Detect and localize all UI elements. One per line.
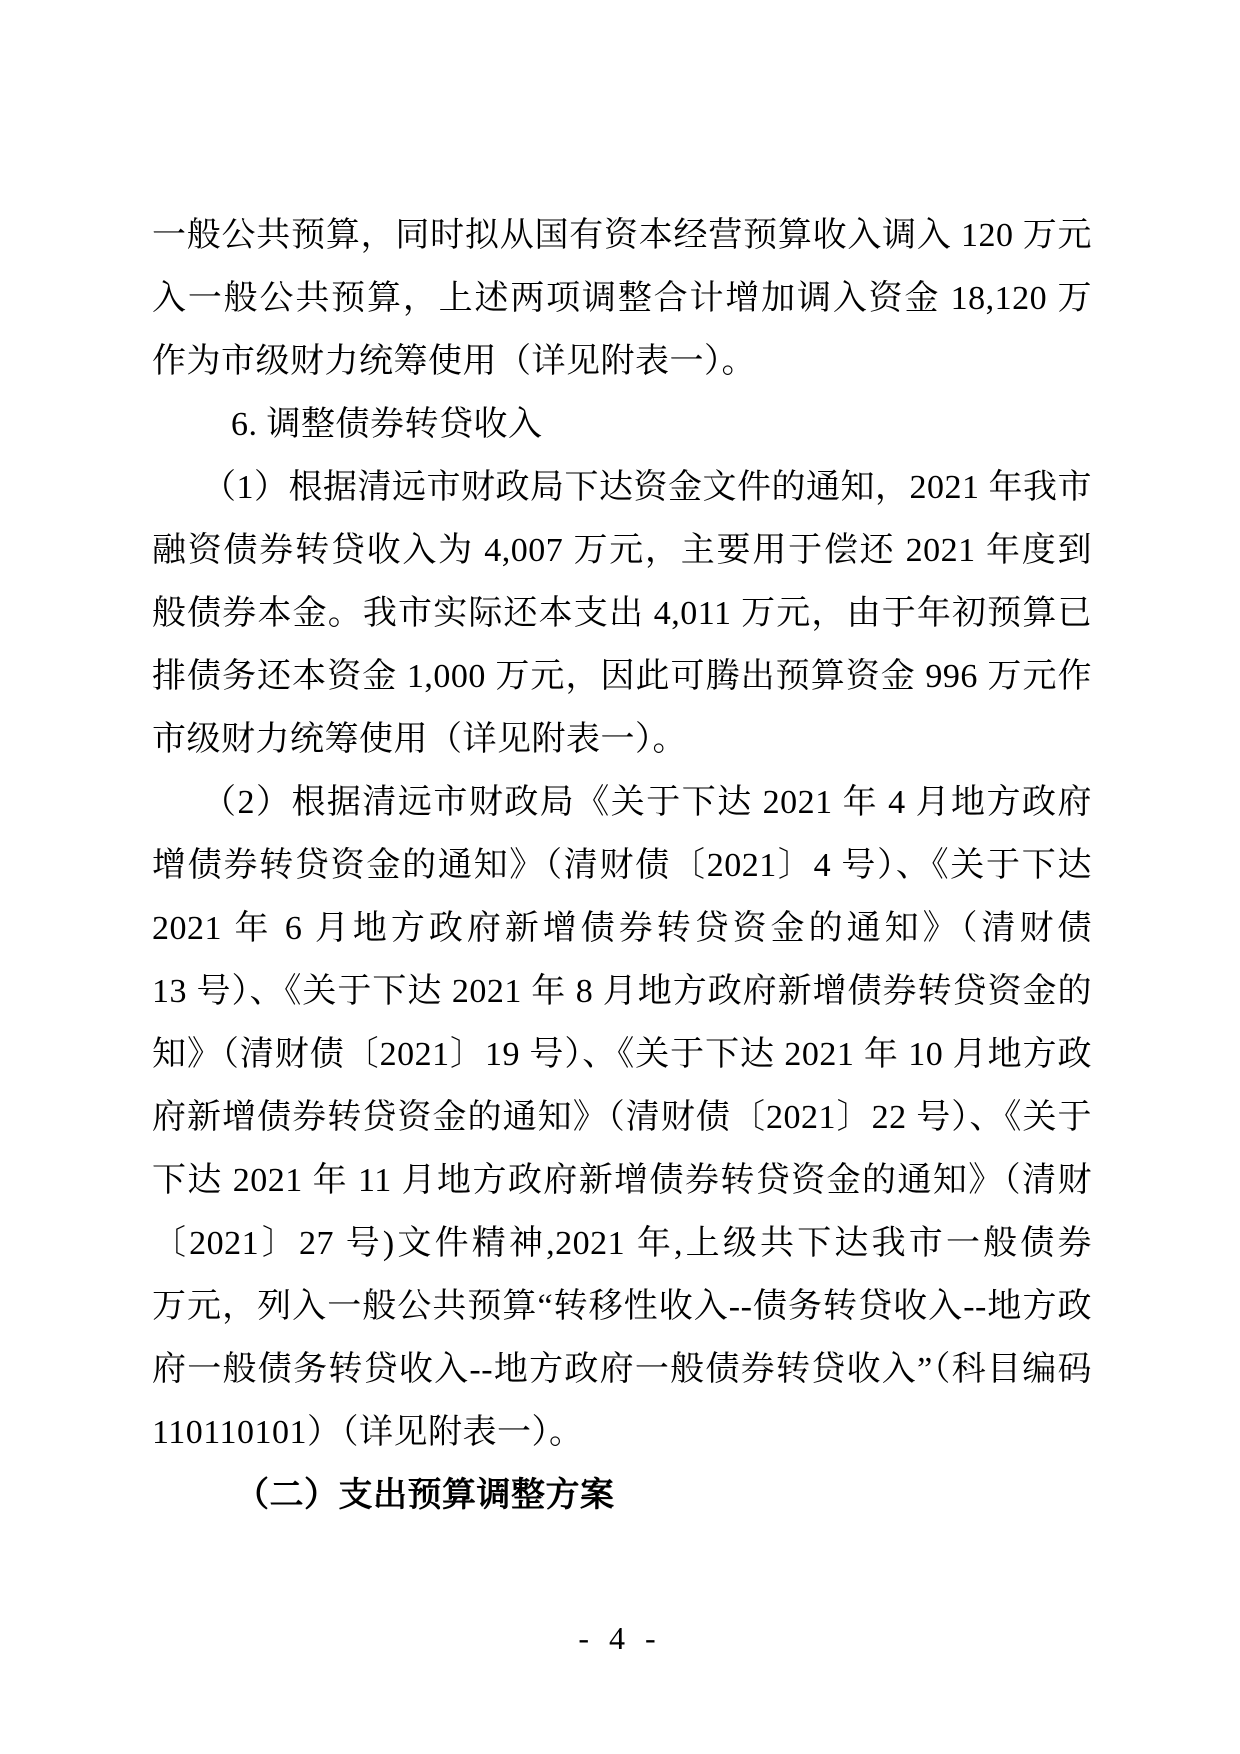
text-line: 入一般公共预算，上述两项调整合计增加调入资金 18,120 万元，	[152, 267, 1092, 330]
text-line: 13 号）、《关于下达 2021 年 8 月地方政府新增债券转贷资金的通	[152, 960, 1092, 1023]
document-body: 一般公共预算，同时拟从国有资本经营预算收入调入 120 万元进入一般公共预算，上…	[152, 204, 1092, 1527]
text-line: 一般公共预算，同时拟从国有资本经营预算收入调入 120 万元进	[152, 204, 1092, 267]
text-line: 2021 年 6 月地方政府新增债券转贷资金的通知》（清财债〔2021〕	[152, 897, 1092, 960]
text-line: 市级财力统筹使用（详见附表一）。	[152, 708, 1092, 771]
text-line: 下达 2021 年 11 月地方政府新增债券转贷资金的通知》（清财债	[152, 1149, 1092, 1212]
text-line: 融资债券转贷收入为 4,007 万元，主要用于偿还 2021 年度到期一	[152, 519, 1092, 582]
text-line: 府一般债务转贷收入--地方政府一般债券转贷收入”（科目编码	[152, 1338, 1092, 1401]
text-line: 府新增债券转贷资金的通知》（清财债〔2021〕22 号）、《关于	[152, 1086, 1092, 1149]
text-line: 6. 调整债券转贷收入	[152, 393, 1092, 456]
text-line: 110110101）（详见附表一）。	[152, 1401, 1092, 1464]
text-line: 增债券转贷资金的通知》（清财债〔2021〕4 号）、《关于下达	[152, 834, 1092, 897]
page-number: - 4 -	[0, 1620, 1240, 1657]
text-line: 排债务还本资金 1,000 万元，因此可腾出预算资金 996 万元作为	[152, 645, 1092, 708]
text-line: 〔2021〕27 号)文件精神,2021 年,上级共下达我市一般债券 13,33…	[152, 1212, 1092, 1275]
text-line: 知》（清财债〔2021〕19 号）、《关于下达 2021 年 10 月地方政	[152, 1023, 1092, 1086]
text-line: 万元，列入一般公共预算“转移性收入--债务转贷收入--地方政	[152, 1275, 1092, 1338]
text-line: （2）根据清远市财政局《关于下达 2021 年 4 月地方政府新	[152, 771, 1092, 834]
text-line: （二）支出预算调整方案	[152, 1464, 1092, 1527]
text-line: 般债券本金。我市实际还本支出 4,011 万元，由于年初预算已安	[152, 582, 1092, 645]
text-line: 作为市级财力统筹使用（详见附表一）。	[152, 330, 1092, 393]
text-line: （1）根据清远市财政局下达资金文件的通知，2021 年我市再	[152, 456, 1092, 519]
document-page: 一般公共预算，同时拟从国有资本经营预算收入调入 120 万元进入一般公共预算，上…	[0, 0, 1240, 1754]
